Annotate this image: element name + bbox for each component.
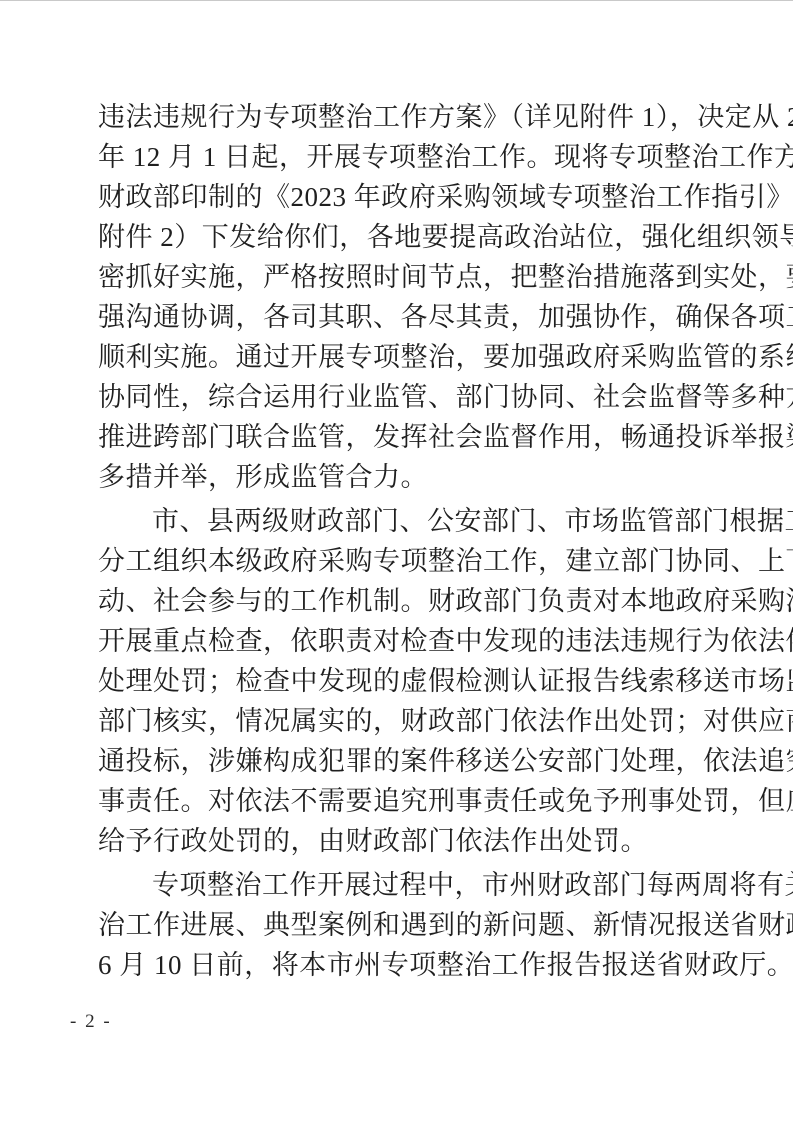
text-line: 通投标，涉嫌构成犯罪的案件移送公安部门处理，依法追究刑 xyxy=(98,741,693,781)
text-line: 6 月 10 日前，将本市州专项整治工作报告报送省财政厅。各地 xyxy=(98,945,693,985)
text-line: 推进跨部门联合监管，发挥社会监督作用，畅通投诉举报渠道， xyxy=(98,417,693,457)
page-number: - 2 - xyxy=(70,1010,112,1034)
text-line: 强沟通协调，各司其职、各尽其责，加强协作，确保各项工作 xyxy=(98,297,693,337)
text-line: 违法违规行为专项整治工作方案》（详见附件 1），决定从 2023 xyxy=(98,97,693,137)
document-page: 违法违规行为专项整治工作方案》（详见附件 1），决定从 2023 年 12 月 … xyxy=(0,0,793,1122)
page-top-edge xyxy=(0,0,793,1)
text-line: 处理处罚；检查中发现的虚假检测认证报告线索移送市场监管 xyxy=(98,661,693,701)
text-line: 给予行政处罚的，由财政部门依法作出处罚。 xyxy=(98,821,693,861)
text-line: 财政部印制的《2023 年政府采购领域专项整治工作指引》（详见 xyxy=(98,177,693,217)
text-line: 专项整治工作开展过程中，市州财政部门每两周将有关整 xyxy=(98,865,693,905)
text-line: 市、县两级财政部门、公安部门、市场监管部门根据工作 xyxy=(98,501,693,541)
text-line: 协同性，综合运用行业监管、部门协同、社会监督等多种方式， xyxy=(98,377,693,417)
text-line: 年 12 月 1 日起，开展专项整治工作。现将专项整治工作方案、 xyxy=(98,137,693,177)
text-line: 开展重点检查，依职责对检查中发现的违法违规行为依法依规 xyxy=(98,621,693,661)
text-line: 顺利实施。通过开展专项整治，要加强政府采购监管的系统性、 xyxy=(98,337,693,377)
text-line: 治工作进展、典型案例和遇到的新问题、新情况报送省财政厅； xyxy=(98,905,693,945)
document-body: 违法违规行为专项整治工作方案》（详见附件 1），决定从 2023 年 12 月 … xyxy=(98,97,693,985)
text-line: 多措并举，形成监管合力。 xyxy=(98,457,693,497)
text-line: 动、社会参与的工作机制。财政部门负责对本地政府采购活动 xyxy=(98,581,693,621)
paragraph-3: 专项整治工作开展过程中，市州财政部门每两周将有关整 治工作进展、典型案例和遇到的… xyxy=(98,865,693,985)
text-line: 事责任。对依法不需要追究刑事责任或免予刑事处罚，但应当 xyxy=(98,781,693,821)
text-line: 密抓好实施，严格按照时间节点，把整治措施落到实处，要加 xyxy=(98,257,693,297)
paragraph-2: 市、县两级财政部门、公安部门、市场监管部门根据工作 分工组织本级政府采购专项整治… xyxy=(98,501,693,861)
text-line: 部门核实，情况属实的，财政部门依法作出处罚；对供应商串 xyxy=(98,701,693,741)
text-line: 附件 2）下发给你们，各地要提高政治站位，强化组织领导，周 xyxy=(98,217,693,257)
text-line: 分工组织本级政府采购专项整治工作，建立部门协同、上下联 xyxy=(98,541,693,581)
paragraph-1: 违法违规行为专项整治工作方案》（详见附件 1），决定从 2023 年 12 月 … xyxy=(98,97,693,497)
